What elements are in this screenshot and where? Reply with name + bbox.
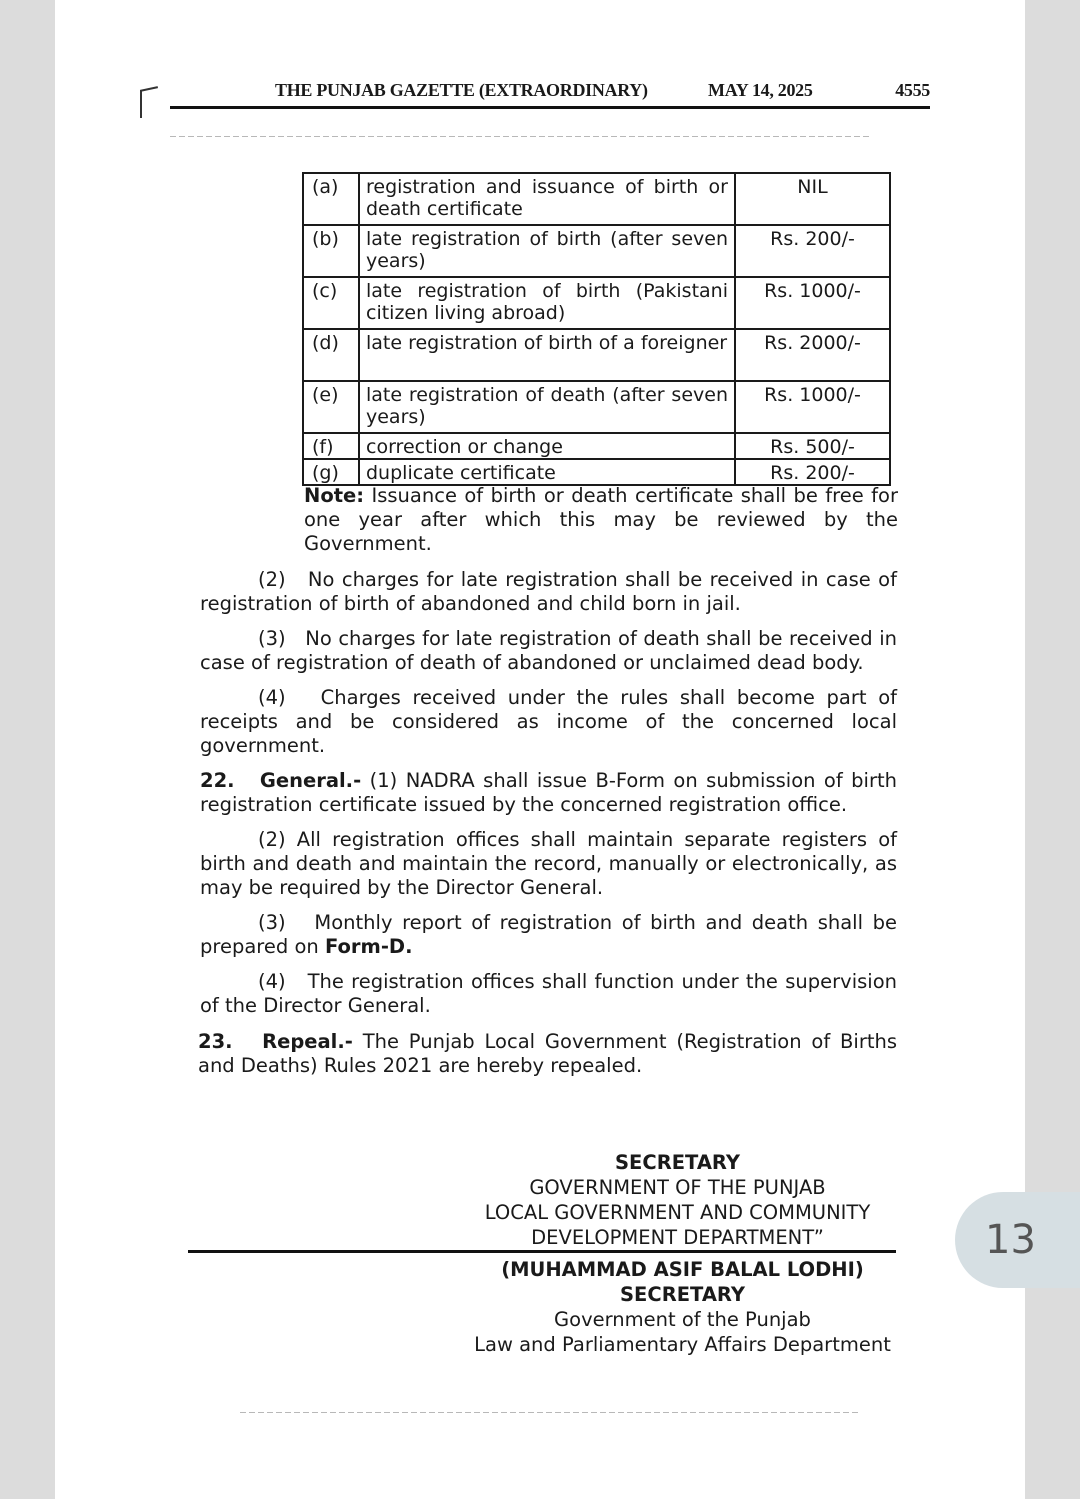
fee-description: registration and issuance of birth or de… xyxy=(359,173,735,225)
section-22-general: 22. General.- (1) NADRA shall issue B-Fo… xyxy=(200,769,897,817)
fee-label: (d) xyxy=(303,329,359,381)
fee-row: (g)duplicate certificateRs. 200/- xyxy=(303,459,890,485)
fee-note: Note: Issuance of birth or death certifi… xyxy=(304,484,898,556)
fee-label: (g) xyxy=(303,459,359,485)
fee-label: (e) xyxy=(303,381,359,433)
fee-description: late registration of death (after seven … xyxy=(359,381,735,433)
section-22-heading: General.- xyxy=(260,769,361,792)
fee-amount: Rs. 200/- xyxy=(735,459,890,485)
bleed-through-rule xyxy=(170,136,870,137)
section-23-repeal: 23. Repeal.- The Punjab Local Government… xyxy=(198,1030,897,1078)
section-23-heading: Repeal.- xyxy=(262,1030,353,1053)
paragraph-2: (2) No charges for late registration sha… xyxy=(200,568,897,616)
scan-mark xyxy=(140,90,142,118)
fee-amount: Rs. 1000/- xyxy=(735,277,890,329)
paragraph-4: (4) Charges received under the rules sha… xyxy=(200,686,897,758)
page-indicator-badge: 13 xyxy=(955,1192,1080,1288)
fee-row: (e)late registration of death (after sev… xyxy=(303,381,890,433)
fee-description: late registration of birth (Pakistani ci… xyxy=(359,277,735,329)
fee-description: late registration of birth of a foreigne… xyxy=(359,329,735,381)
fee-row: (f)correction or changeRs. 500/- xyxy=(303,433,890,459)
signature-block-local-government: SECRETARY GOVERNMENT OF THE PUNJAB LOCAL… xyxy=(470,1150,885,1250)
signature-block-law-department: (MUHAMMAD ASIF BALAL LODHI) SECRETARY Go… xyxy=(460,1257,905,1357)
bottom-faint-rule xyxy=(240,1412,860,1413)
note-label: Note: xyxy=(304,484,364,507)
fee-description: duplicate certificate xyxy=(359,459,735,485)
section-22-paragraph-4: (4) The registration offices shall funct… xyxy=(200,970,897,1018)
fee-amount: NIL xyxy=(735,173,890,225)
fees-table: (a)registration and issuance of birth or… xyxy=(302,172,891,486)
paragraph-3: (3) No charges for late registration of … xyxy=(200,627,897,675)
section-23-number: 23. xyxy=(198,1030,233,1053)
fee-amount: Rs. 1000/- xyxy=(735,381,890,433)
fee-label: (c) xyxy=(303,277,359,329)
fee-row: (b)late registration of birth (after sev… xyxy=(303,225,890,277)
gazette-date: MAY 14, 2025 xyxy=(708,80,813,101)
fee-row: (c)late registration of birth (Pakistani… xyxy=(303,277,890,329)
gazette-header: THE PUNJAB GAZETTE (EXTRAORDINARY) MAY 1… xyxy=(170,78,930,106)
signature-title: SECRETARY xyxy=(470,1150,885,1175)
fee-row: (a)registration and issuance of birth or… xyxy=(303,173,890,225)
fee-description: correction or change xyxy=(359,433,735,459)
section-22-number: 22. xyxy=(200,769,235,792)
fee-label: (b) xyxy=(303,225,359,277)
signatory-title: SECRETARY xyxy=(460,1282,905,1307)
section-22-paragraph-2: (2) All registration offices shall maint… xyxy=(200,828,897,900)
fee-description: late registration of birth (after seven … xyxy=(359,225,735,277)
signature-rule xyxy=(188,1250,896,1253)
fee-row: (d)late registration of birth of a forei… xyxy=(303,329,890,381)
gazette-page-number: 4555 xyxy=(895,80,930,101)
header-rule xyxy=(170,106,930,109)
section-22-paragraph-3: (3) Monthly report of registration of bi… xyxy=(200,911,897,959)
gazette-title: THE PUNJAB GAZETTE (EXTRAORDINARY) xyxy=(275,80,648,101)
signatory-name: (MUHAMMAD ASIF BALAL LODHI) xyxy=(460,1257,905,1282)
fee-amount: Rs. 500/- xyxy=(735,433,890,459)
note-text: Issuance of birth or death certificate s… xyxy=(304,484,898,555)
form-d-reference: Form-D. xyxy=(325,935,413,958)
fee-label: (a) xyxy=(303,173,359,225)
fee-amount: Rs. 2000/- xyxy=(735,329,890,381)
fee-amount: Rs. 200/- xyxy=(735,225,890,277)
fee-label: (f) xyxy=(303,433,359,459)
